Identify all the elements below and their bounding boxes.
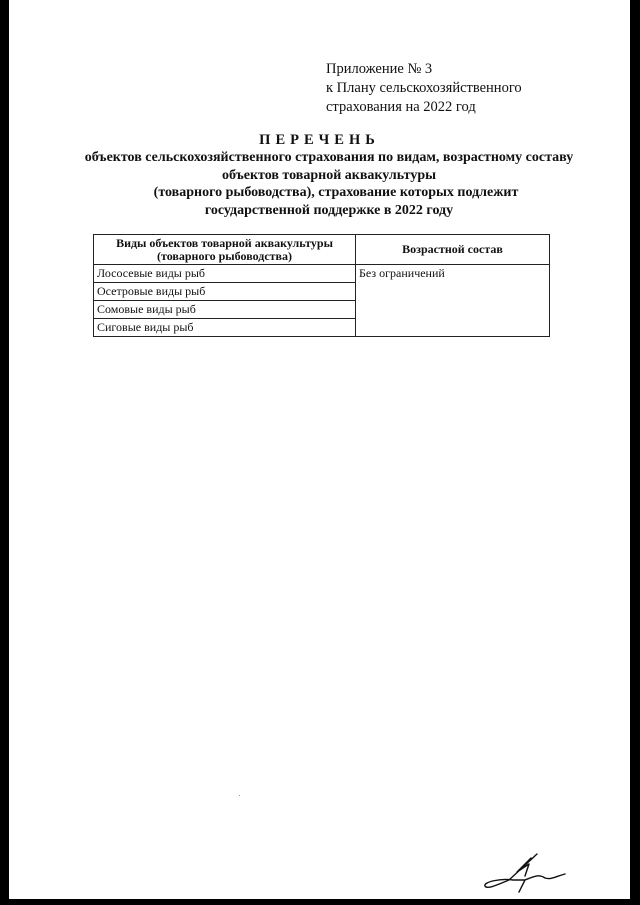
signature-icon [479, 850, 579, 895]
appendix-line-2: к Плану сельскохозяйственного [326, 79, 522, 98]
subtitle-line-4: государственной поддержке в 2022 году [49, 202, 609, 220]
aquaculture-table: Виды объектов товарной аквакультуры (тов… [93, 234, 550, 337]
document-subtitle: объектов сельскохозяйственного страхован… [49, 149, 609, 219]
appendix-line-1: Приложение № 3 [326, 60, 522, 79]
fish-type-cell: Осетровые виды рыб [94, 283, 356, 301]
subtitle-line-3: (товарного рыбоводства), страхование кот… [49, 184, 609, 202]
appendix-line-3: страхования на 2022 год [326, 98, 522, 117]
scan-speck [239, 795, 240, 796]
subtitle-line-2: объектов товарной аквакультуры [49, 167, 609, 185]
table-row: Лососевые виды рыб Без ограничений [94, 265, 550, 283]
age-composition-cell: Без ограничений [356, 265, 550, 337]
table-header-row: Виды объектов товарной аквакультуры (тов… [94, 235, 550, 265]
document-title: ПЕРЕЧЕНЬ [9, 132, 630, 149]
fish-type-cell: Сиговые виды рыб [94, 319, 356, 337]
header-object-types: Виды объектов товарной аквакультуры (тов… [94, 235, 356, 265]
subtitle-line-1: объектов сельскохозяйственного страхован… [49, 149, 609, 167]
header-age-composition: Возрастной состав [356, 235, 550, 265]
fish-type-cell: Лососевые виды рыб [94, 265, 356, 283]
appendix-reference: Приложение № 3 к Плану сельскохозяйствен… [326, 60, 522, 117]
document-page: Приложение № 3 к Плану сельскохозяйствен… [9, 0, 630, 899]
fish-type-cell: Сомовые виды рыб [94, 301, 356, 319]
